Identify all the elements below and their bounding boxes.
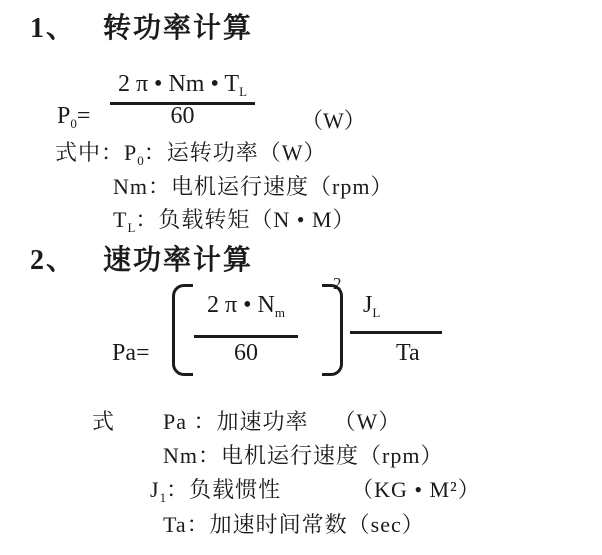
- legend2-unit-pa: （W）: [334, 409, 402, 434]
- left-bracket: [172, 284, 193, 376]
- legend2-desc-j: ：负载惯性: [166, 473, 351, 504]
- formula2-j-subscript: L: [372, 305, 380, 320]
- legend2-row-ta: Ta：加速时间常数（sec）: [163, 508, 425, 539]
- right-bracket: [322, 284, 343, 376]
- formula2-ta: Ta: [396, 340, 420, 367]
- legend2-desc-pa: ：加速功率: [194, 405, 334, 436]
- legend1-symbol-t: T: [113, 207, 127, 232]
- legend2-row-nm: Nm：电机运行速度（rpm）: [163, 439, 443, 470]
- formula1-numerator-subscript: L: [239, 84, 247, 99]
- legend2-symbol-j: J: [150, 477, 160, 502]
- formula1-lhs: P0=: [57, 103, 90, 132]
- section2-number: 2、: [30, 238, 76, 278]
- formula1-unit: （W）: [301, 104, 366, 135]
- formula2-j-symbol: J: [363, 292, 372, 318]
- legend2-prefix: 式: [92, 405, 115, 436]
- legend1-row-p0: 式中：P0：运转功率（W）: [55, 136, 327, 169]
- formula2-denominator: 60: [194, 340, 298, 367]
- section2-title: 速功率计算: [103, 238, 253, 278]
- section1-title: 转功率计算: [103, 6, 253, 46]
- formula1-numerator: 2 π • Nm • TL: [110, 71, 255, 105]
- document-page: 1、 转功率计算 2 π • Nm • TL P0= 60 （W） 式中：P0：…: [0, 0, 602, 555]
- legend2-symbol-ta: Ta: [163, 512, 187, 537]
- formula1-symbol: P: [57, 103, 70, 129]
- legend1-desc-p: ：运转功率（W）: [144, 140, 327, 165]
- legend1-symbol-nm: Nm: [113, 174, 148, 199]
- formula2-exponent: 2: [333, 274, 342, 294]
- section1-number: 1、: [30, 6, 76, 46]
- legend1-prefix: 式中：: [55, 140, 124, 165]
- legend2-symbol-pa: Pa: [163, 409, 194, 434]
- legend1-desc-t: ：负载转矩（N • M）: [135, 207, 355, 232]
- legend2-row-pa: Pa ：加速功率（W）: [163, 405, 401, 436]
- fraction-bar: [350, 331, 442, 334]
- legend2-symbol-nm: Nm: [163, 443, 198, 468]
- legend2-desc-nm: ：电机运行速度（rpm）: [198, 443, 443, 468]
- legend2-unit-j: （KG • M²）: [351, 477, 481, 502]
- legend1-desc-nm: ：电机运行速度（rpm）: [148, 174, 393, 199]
- formula1-equals: =: [77, 103, 91, 129]
- legend2-row-j: J1：负载惯性（KG • M²）: [150, 473, 481, 506]
- formula2-numerator: 2 π • Nm: [194, 292, 298, 338]
- formula2-lhs: Pa=: [112, 340, 150, 367]
- formula2-numerator-text: 2 π • N: [207, 292, 275, 318]
- legend1-symbol-p: P: [124, 140, 137, 165]
- legend1-row-nm: Nm：电机运行速度（rpm）: [113, 170, 393, 201]
- formula1-denominator: 60: [110, 103, 255, 130]
- legend1-row-tl: TL：负载转矩（N • M）: [113, 203, 356, 236]
- formula1-numerator-text: 2 π • Nm • T: [118, 71, 239, 97]
- formula2-jl: JL: [363, 292, 380, 321]
- legend2-desc-ta: ：加速时间常数（sec）: [187, 512, 425, 537]
- formula2-numerator-subscript: m: [275, 305, 285, 320]
